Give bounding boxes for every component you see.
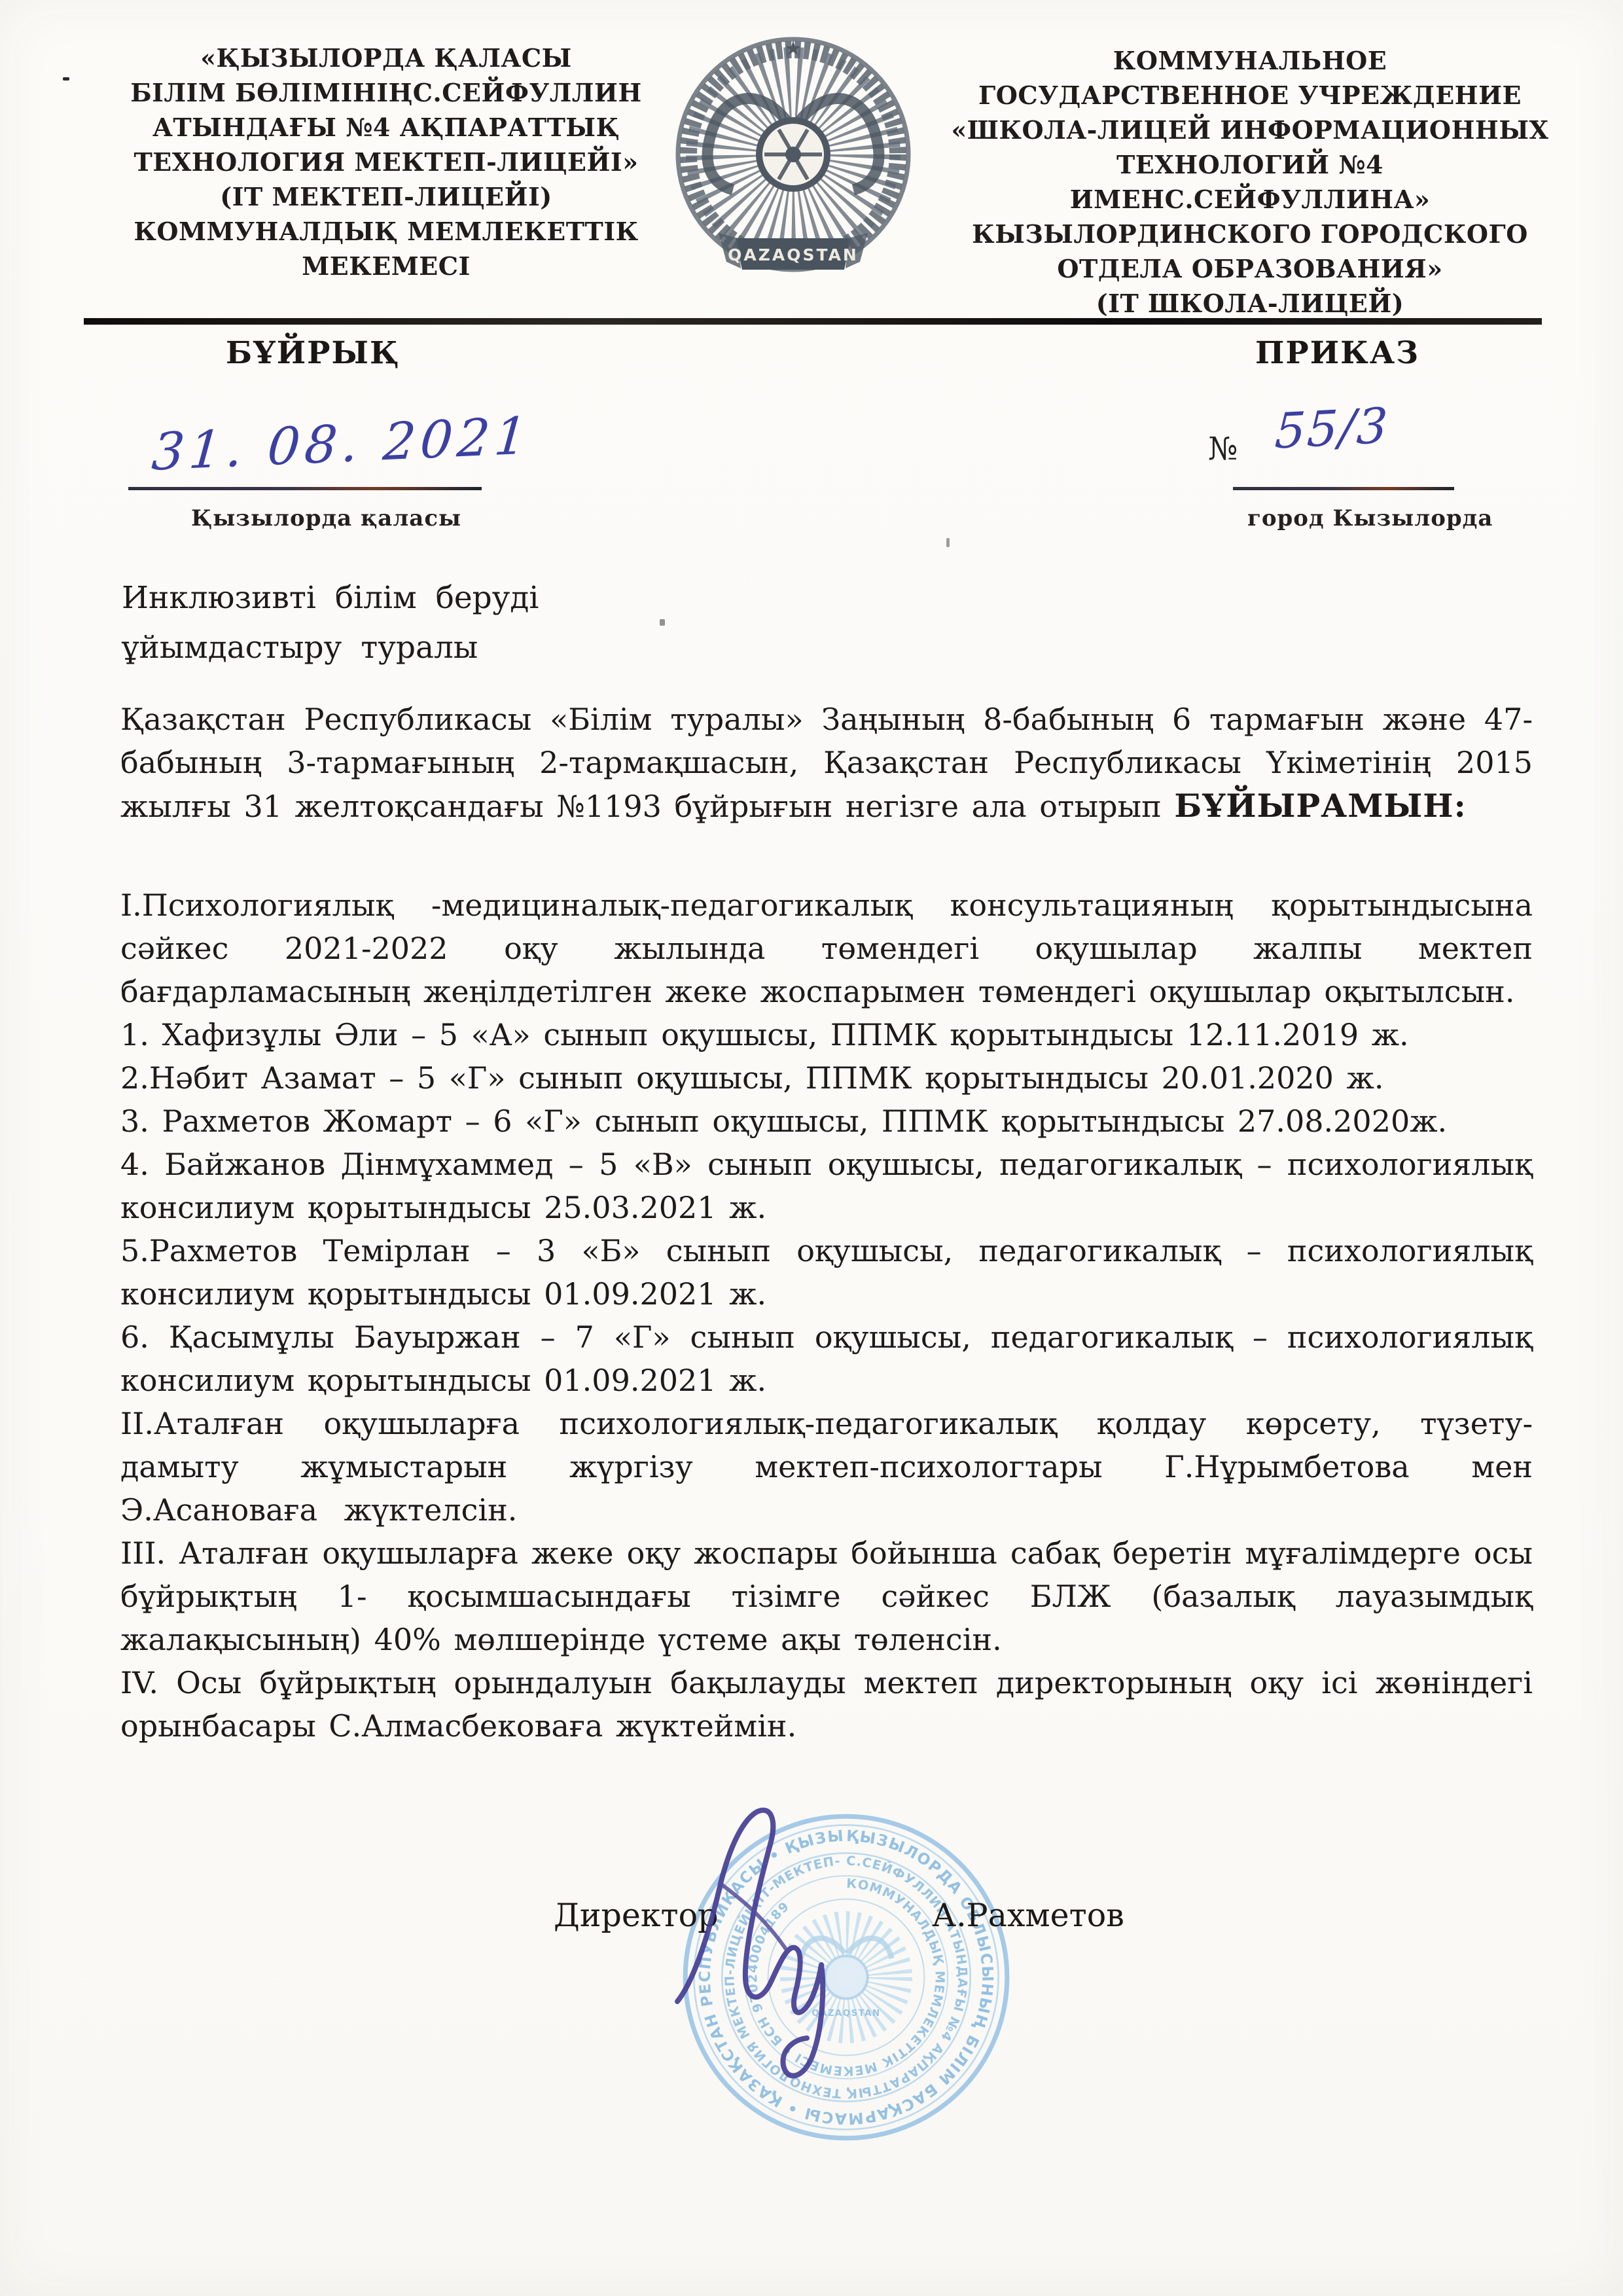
order-subject: Инклюзивті білім беруді ұйымдастыру тура… <box>122 573 539 673</box>
header-line: КОММУНАЛЬНОЕ <box>950 43 1550 78</box>
order-body: I.Психологиялық -медициналық-педагогикал… <box>120 884 1533 1748</box>
order-item: 6. Қасымұлы Бауыржан – 7 «Г» сынып оқушы… <box>120 1316 1533 1402</box>
order-item: II.Аталған оқушыларға психологиялық-педа… <box>120 1402 1533 1532</box>
header-line: «ҚЫЗЫЛОРДА ҚАЛАСЫ <box>98 41 674 75</box>
handwritten-order-number: 55/3 <box>1274 397 1390 459</box>
kazakhstan-coat-of-arms-icon: ★ QAZAQSTAN <box>673 29 914 284</box>
order-item: 5.Рахметов Темірлан – 3 «Б» сынып оқушыс… <box>120 1229 1533 1316</box>
header-line: «ШКОЛА-ЛИЦЕЙ ИНФОРМАЦИОННЫХ <box>950 113 1550 147</box>
order-title-russian: ПРИКАЗ <box>1255 335 1419 371</box>
header-line: КОММУНАЛДЫҚ МЕМЛЕКЕТТІК <box>98 214 674 249</box>
date-underline <box>128 487 482 490</box>
order-item: 3. Рахметов Жомарт – 6 «Г» сынып оқушысы… <box>120 1100 1533 1143</box>
header-divider-rule <box>84 318 1542 325</box>
star-icon: ★ <box>785 37 802 60</box>
header-line: ТЕХНОЛОГИЙ №4 ИМЕНС.СЕЙФУЛЛИНА» <box>950 147 1550 217</box>
emblem-banner-text: QAZAQSTAN <box>728 245 859 264</box>
order-item: 1. Хафизұлы Әли – 5 «А» сынып оқушысы, П… <box>120 1013 1533 1056</box>
header-line: АТЫНДАҒЫ №4 АҚПАРАТТЫҚ <box>98 110 674 145</box>
order-item: III. Аталған оқушыларға жеке оқу жоспары… <box>120 1532 1533 1661</box>
header-line: ОТДЕЛА ОБРАЗОВАНИЯ» <box>950 251 1550 286</box>
intro-bold-word: БҰЙЫРАМЫН: <box>1174 787 1466 825</box>
number-underline <box>1233 487 1454 490</box>
signatory-name: А.Рахметов <box>932 1897 1124 1934</box>
header-line: МЕКЕМЕСІ <box>98 249 674 283</box>
header-line: БІЛІМ БӨЛІМІНІҢС.СЕЙФУЛЛИН <box>98 75 674 110</box>
scan-artifact <box>63 77 69 81</box>
header-line: ТЕХНОЛОГИЯ МЕКТЕП-ЛИЦЕЙІ» <box>98 145 674 179</box>
director-autograph <box>658 1784 880 2092</box>
order-item: IV. Осы бұйрықтың орындалуын бақылауды м… <box>120 1661 1533 1748</box>
scan-artifact <box>660 619 665 626</box>
header-line: (ІТ МЕКТЕП-ЛИЦЕЙІ) <box>98 179 674 214</box>
order-title-kazakh: БҰЙРЫҚ <box>226 335 400 371</box>
subject-line: ұйымдастыру туралы <box>122 623 539 673</box>
city-label-kazakh: Қызылорда қаласы <box>191 505 461 531</box>
header-line: ГОСУДАРСТВЕННОЕ УЧРЕЖДЕНИЕ <box>950 78 1550 113</box>
scanned-order-document: «ҚЫЗЫЛОРДА ҚАЛАСЫ БІЛІМ БӨЛІМІНІҢС.СЕЙФУ… <box>0 0 1623 2296</box>
scan-artifact <box>946 538 950 547</box>
subject-line: Инклюзивті білім беруді <box>122 573 539 623</box>
order-item: I.Психологиялық -медициналық-педагогикал… <box>120 884 1533 1013</box>
header-line: (ІТ ШКОЛА-ЛИЦЕЙ) <box>950 286 1550 321</box>
order-item: 4. Байжанов Дінмұхаммед – 5 «В» сынып оқ… <box>120 1143 1533 1229</box>
header-left-kazakh: «ҚЫЗЫЛОРДА ҚАЛАСЫ БІЛІМ БӨЛІМІНІҢС.СЕЙФУ… <box>98 41 674 283</box>
header-right-russian: КОММУНАЛЬНОЕ ГОСУДАРСТВЕННОЕ УЧРЕЖДЕНИЕ … <box>950 43 1550 321</box>
intro-paragraph: Қазақстан Республикасы «Білім туралы» За… <box>120 698 1533 828</box>
city-label-russian: город Кызылорда <box>1247 505 1493 531</box>
handwritten-date: 31. 08. 2021 <box>150 406 534 482</box>
order-item: 2.Нәбит Азамат – 5 «Г» сынып оқушысы, ПП… <box>120 1056 1533 1100</box>
number-sign: № <box>1208 431 1238 467</box>
header-line: КЫЗЫЛОРДИНСКОГО ГОРОДСКОГО <box>950 217 1550 251</box>
